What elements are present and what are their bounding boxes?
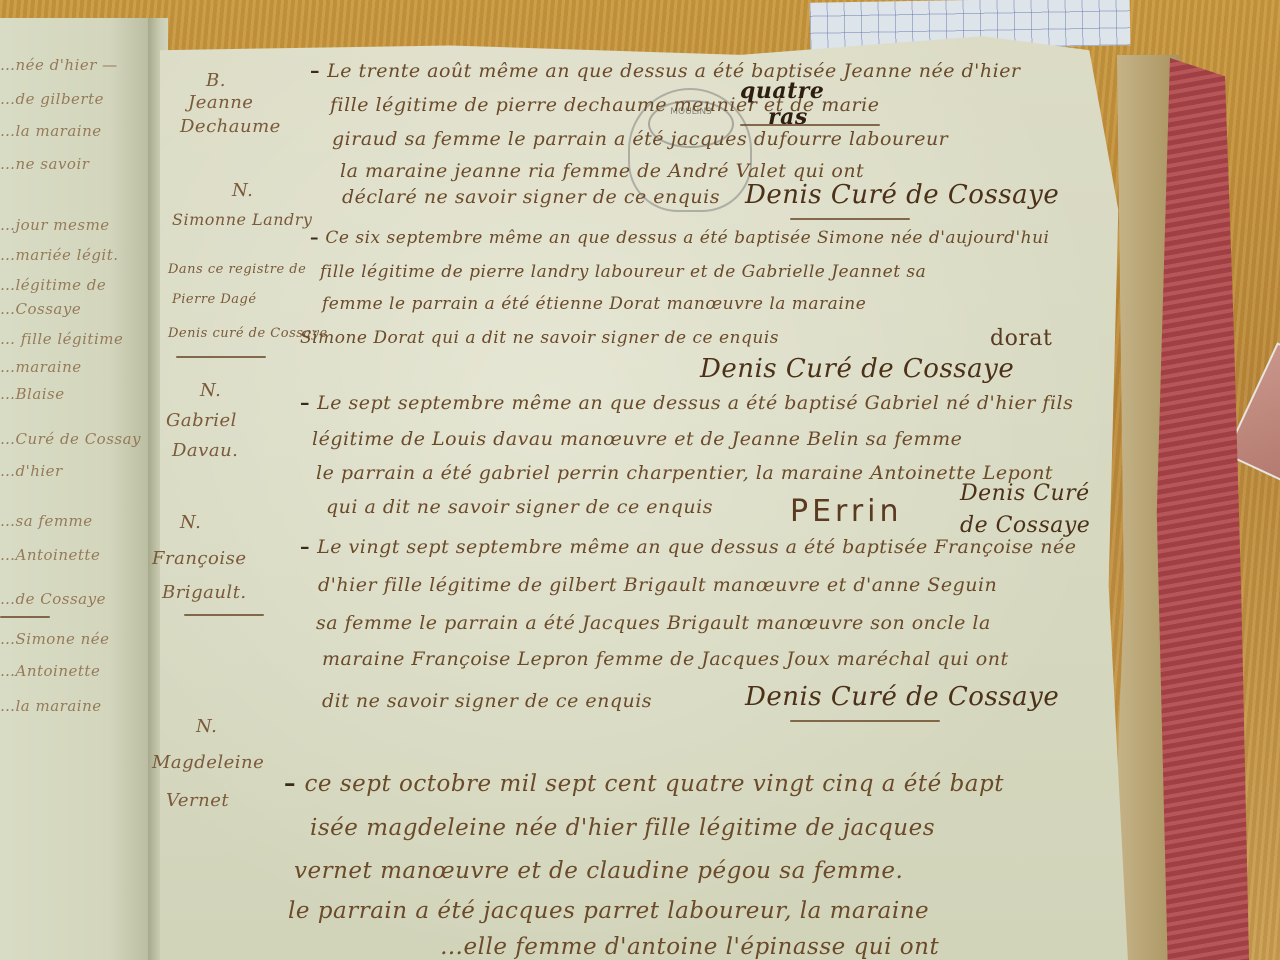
entry-line: …elle femme d'antoine l'épinasse qui ont <box>440 934 939 960</box>
margin-note: N. <box>180 512 201 533</box>
margin-note: Pierre Dagé <box>172 292 257 307</box>
left-line: …Blaise <box>0 385 65 403</box>
margin-note: Gabriel <box>166 410 237 431</box>
margin-note: B. <box>206 70 226 91</box>
priest-signature: Denis Curé de Cossaye <box>960 478 1100 542</box>
left-line: … fille légitime <box>0 330 123 348</box>
left-line: …d'hier <box>0 462 63 480</box>
left-line: …la maraine <box>0 697 102 715</box>
entry-line: – Ce six septembre même an que dessus a … <box>310 228 1049 248</box>
margin-note: Jeanne <box>188 92 253 113</box>
left-line: …de Cossaye <box>0 590 106 608</box>
left-line: …Antoinette <box>0 662 100 680</box>
left-line: …de gilberte <box>0 90 104 108</box>
ink-rule <box>790 720 940 722</box>
left-line: …sa femme <box>0 512 93 530</box>
entry-line: fille légitime de pierre landry laboureu… <box>320 262 926 282</box>
margin-note: N. <box>200 380 221 401</box>
left-line: …jour mesme <box>0 216 110 234</box>
left-line: …née d'hier — <box>0 56 118 74</box>
entry-line: sa femme le parrain a été Jacques Brigau… <box>316 612 991 634</box>
margin-note: Françoise <box>152 548 246 569</box>
entry-line: – ce sept octobre mil sept cent quatre v… <box>284 770 1004 797</box>
entry-line: déclaré ne savoir signer de ce enquis <box>342 186 720 208</box>
entry-line: femme le parrain a été étienne Dorat man… <box>322 294 866 314</box>
margin-note: Magdeleine <box>152 752 264 773</box>
entry-line: maraine Françoise Lepron femme de Jacque… <box>322 648 1009 670</box>
entry-line: – Le sept septembre même an que dessus a… <box>300 392 1073 414</box>
ink-rule <box>0 616 50 618</box>
entry-line: la maraine jeanne ria femme de André Val… <box>340 160 864 182</box>
margin-note: Davau. <box>172 440 238 461</box>
priest-signature: Denis Curé de Cossaye <box>745 682 1059 712</box>
margin-note: N. <box>232 180 253 201</box>
left-line: …Antoinette <box>0 546 100 564</box>
witness-signature: dorat <box>990 326 1052 351</box>
entry-line: d'hier fille légitime de gilbert Brigaul… <box>318 574 997 596</box>
margin-note: Dechaume <box>180 116 281 137</box>
left-line: …la maraine <box>0 122 102 140</box>
left-line: …ne savoir <box>0 155 89 173</box>
margin-note: Brigault. <box>162 582 247 603</box>
entry-line: vernet manœuvre et de claudine pégou sa … <box>294 858 903 884</box>
left-line: …Simone née <box>0 630 110 648</box>
left-line: …maraine <box>0 358 82 376</box>
entry-line: – Le vingt sept septembre même an que de… <box>300 536 1077 558</box>
ink-rule <box>184 614 264 616</box>
entry-line: le parrain a été jacques parret laboureu… <box>288 898 929 924</box>
priest-signature: Denis Curé de Cossaye <box>745 180 1059 210</box>
ink-rule <box>790 218 910 220</box>
entry-line: légitime de Louis davau manœuvre et de J… <box>312 428 962 450</box>
correction-annotation: quatre <box>740 78 824 104</box>
left-line: …Cossaye <box>0 300 81 318</box>
margin-note: N. <box>196 716 217 737</box>
margin-note: Dans ce registre de <box>168 262 306 277</box>
correction-annotation: ras <box>768 104 808 130</box>
entry-line: giraud sa femme le parrain a été jacques… <box>332 128 948 150</box>
entry-line: – Le trente août même an que dessus a ét… <box>310 60 1021 82</box>
left-line: …légitime de <box>0 276 106 294</box>
entry-line: dit ne savoir signer de ce enquis <box>322 690 652 712</box>
margin-note: Vernet <box>166 790 229 811</box>
entry-line: isée magdeleine née d'hier fille légitim… <box>310 815 935 841</box>
left-line: …Curé de Cossay <box>0 430 141 448</box>
witness-signature: PErrin <box>790 494 903 529</box>
entry-line: qui a dit ne savoir signer de ce enquis <box>326 496 713 518</box>
priest-signature: Denis Curé de Cossaye <box>700 354 1014 384</box>
ink-rule <box>740 124 880 126</box>
entry-line: le parrain a été gabriel perrin charpent… <box>316 462 1053 484</box>
ink-rule <box>176 356 266 358</box>
entry-line: Simone Dorat qui a dit ne savoir signer … <box>300 328 779 348</box>
left-line: …mariée légit. <box>0 246 119 264</box>
margin-note: Simonne Landry <box>172 210 312 229</box>
